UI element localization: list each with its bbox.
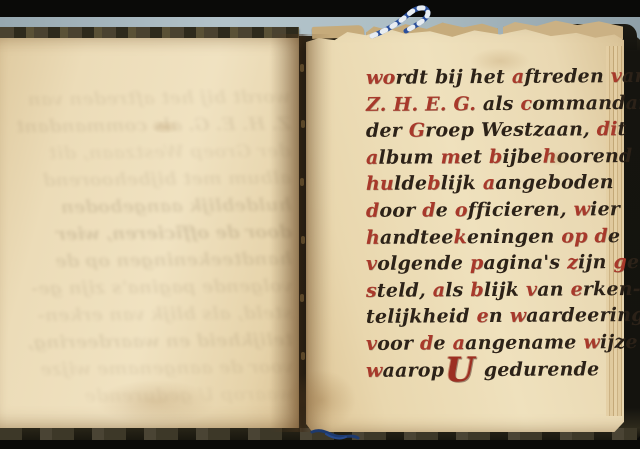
manuscript-line: voor de aangename wijze xyxy=(366,331,622,359)
script-segment: andtee xyxy=(380,226,454,249)
ghost-line: handteekeningen op de xyxy=(6,249,292,279)
script-segment: v xyxy=(611,65,622,87)
script-segment: d xyxy=(422,199,436,221)
script-segment: aardeering, xyxy=(526,304,640,327)
script-segment: e- xyxy=(627,251,640,273)
manuscript-line: album met bijbehoorend xyxy=(366,145,622,173)
manuscript-line: handteekeningen op de xyxy=(366,225,622,253)
script-segment: d xyxy=(366,200,380,222)
script-segment: olgende xyxy=(377,252,470,275)
ghost-line: door de officieren, wier xyxy=(6,222,292,252)
script-segment: o xyxy=(455,199,468,221)
script-segment: k xyxy=(454,226,468,248)
bookmark-cord xyxy=(366,0,462,42)
stitch-mark xyxy=(300,294,304,302)
script-segment: roep Westzaan, xyxy=(425,118,597,141)
script-segment: p xyxy=(470,252,484,274)
ghost-line: der Groep Westzaan, dit xyxy=(5,141,291,171)
script-segment: b xyxy=(427,173,441,195)
script-segment: agina's xyxy=(483,252,567,275)
manuscript-line: door de officieren, wier xyxy=(366,198,622,226)
script-segment: Z. H. E. G. xyxy=(366,93,483,116)
script-segment: e xyxy=(570,278,582,300)
script-segment: lijk xyxy=(441,172,483,194)
script-segment: a xyxy=(366,147,379,169)
script-segment: e xyxy=(476,305,488,327)
script-segment: hu xyxy=(366,173,394,195)
ghost-line: wordt bij het aftreden van xyxy=(4,87,290,117)
script-segment: w xyxy=(573,198,590,220)
script-segment: an xyxy=(537,278,570,300)
script-segment: G xyxy=(409,120,426,142)
script-segment: op d xyxy=(561,225,608,247)
ghost-line: waarop U gedurende xyxy=(7,383,293,413)
photograph-of-open-album: wordt bij het aftreden vanZ. H. E. G. al… xyxy=(0,0,640,449)
ghost-line: volgende pagina's zijn ge- xyxy=(6,276,292,306)
script-segment: an xyxy=(622,65,640,87)
script-segment: et xyxy=(461,146,489,168)
script-segment: b xyxy=(470,279,484,301)
manuscript-line: Z. H. E. G. als commandant xyxy=(366,92,622,120)
script-segment: ijbe xyxy=(502,145,542,167)
stitch-mark xyxy=(300,178,304,186)
script-segment: n xyxy=(489,305,510,327)
script-segment: ijn xyxy=(578,251,613,273)
ghost-line: steld, als blijk van erken- xyxy=(7,302,293,332)
script-segment: v xyxy=(366,253,377,275)
script-segment: rdt bij het xyxy=(395,66,512,89)
ghost-text: wordt bij het aftreden vanZ. H. E. G. al… xyxy=(4,87,293,414)
script-segment: d xyxy=(420,332,434,354)
script-segment: h xyxy=(543,145,557,167)
script-segment: ls xyxy=(445,279,470,301)
script-segment: e xyxy=(608,225,620,247)
script-segment: g xyxy=(613,251,627,273)
script-segment: v xyxy=(366,333,377,355)
manuscript-text: wordt bij het aftreden vanZ. H. E. G. al… xyxy=(366,66,622,385)
script-segment: a xyxy=(512,66,525,88)
binding-thread xyxy=(308,424,362,446)
ghost-line: voor de aangename wijze xyxy=(7,356,293,386)
ghost-line: album met bijbehoorend xyxy=(5,168,291,198)
stitch-mark xyxy=(300,64,304,72)
script-segment: gedurende xyxy=(477,358,600,381)
manuscript-line: huldeblijk aangeboden xyxy=(366,171,622,199)
script-segment: e xyxy=(436,199,455,221)
script-segment: a xyxy=(433,279,446,301)
script-segment: s xyxy=(366,280,377,302)
manuscript-line: der Groep Westzaan, dit xyxy=(366,118,622,146)
manuscript-line: wordt bij het aftreden van xyxy=(366,65,622,93)
stitch-mark xyxy=(301,352,305,360)
manuscript-line: waaropU gedurende xyxy=(366,358,622,386)
illuminated-initial: U xyxy=(445,350,475,390)
script-segment: wo xyxy=(366,67,396,89)
script-segment: w xyxy=(583,331,600,353)
script-segment: telijkheid xyxy=(366,305,477,328)
script-segment: oor xyxy=(379,199,422,221)
script-segment: c xyxy=(520,92,532,114)
script-segment: teld, xyxy=(377,279,433,301)
script-segment: di xyxy=(597,118,618,140)
script-segment: b xyxy=(489,146,503,168)
script-segment: als xyxy=(483,92,521,114)
manuscript-line: volgende pagina's zijn ge- xyxy=(366,251,622,279)
script-segment: aarop xyxy=(382,359,444,381)
script-segment: angeboden xyxy=(495,172,614,195)
script-segment: w xyxy=(366,359,383,381)
script-segment: w xyxy=(510,305,527,327)
script-segment: ftreden xyxy=(524,65,611,88)
script-segment: a xyxy=(483,172,496,194)
script-segment: eningen xyxy=(467,225,561,248)
ghost-line: Z. H. E. G. als commandant xyxy=(5,114,291,144)
script-segment: z xyxy=(567,252,578,274)
script-segment: rken- xyxy=(583,278,640,300)
manuscript-line: steld, als blijk van erken- xyxy=(366,278,622,306)
script-segment: oor xyxy=(377,332,420,354)
script-segment: fficieren, xyxy=(468,198,574,221)
script-segment: v xyxy=(526,278,537,300)
script-segment: m xyxy=(440,146,460,168)
script-segment: oorend xyxy=(557,145,633,168)
ghost-line: huldeblijk aangeboden xyxy=(5,195,291,225)
script-segment: lde xyxy=(394,173,427,195)
script-segment: lbum xyxy=(378,146,440,168)
script-segment: der xyxy=(366,120,409,142)
ghost-line: telijkheid en waardeering, xyxy=(7,329,293,359)
stitch-mark xyxy=(301,120,305,128)
script-segment: h xyxy=(366,226,380,248)
script-segment: ier xyxy=(590,198,620,220)
script-segment: t xyxy=(618,118,627,140)
script-segment: lijk xyxy=(484,279,526,301)
stitch-mark xyxy=(301,236,305,244)
script-segment: angename xyxy=(465,331,583,354)
script-segment: ommandant xyxy=(532,91,640,114)
manuscript-line: telijkheid en waardeering, xyxy=(366,304,622,332)
script-segment: ijze xyxy=(600,331,638,353)
